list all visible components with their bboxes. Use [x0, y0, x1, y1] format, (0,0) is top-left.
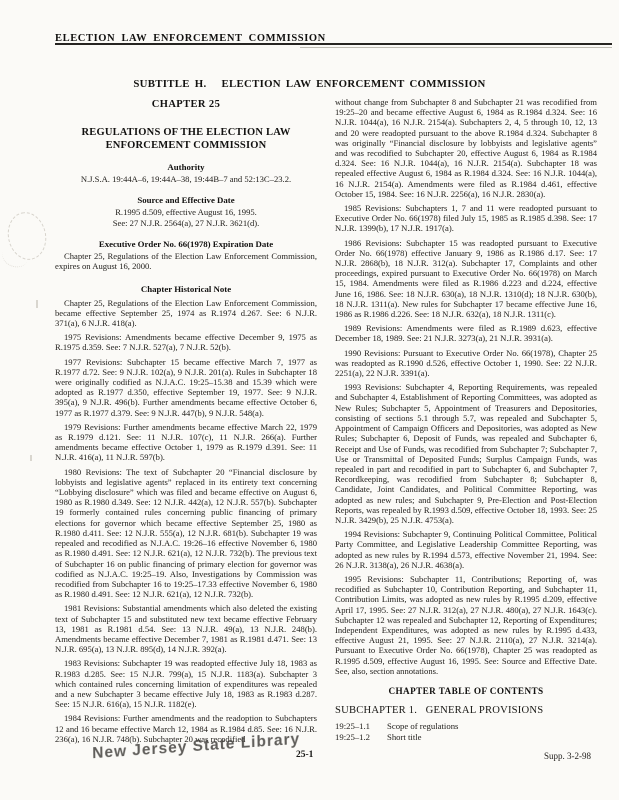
- document-page: ELECTION LAW ENFORCEMENT COMMISSION SUBT…: [0, 0, 619, 800]
- page-number: 25-1: [296, 750, 313, 760]
- toc-entry-number: 19:25–1.2: [335, 732, 387, 743]
- toc-entry: 19:25–1.1 Scope of regulations: [335, 721, 597, 732]
- source-effective-date-heading: Source and Effective Date: [55, 195, 317, 205]
- revision-paragraph-1983: 1983 Revisions: Subchapter 19 was readop…: [55, 658, 317, 709]
- revision-paragraph-1994: 1994 Revisions: Subchapter 9, Continuing…: [335, 529, 597, 570]
- revision-paragraph-1977: 1977 Revisions: Subchapter 15 became eff…: [55, 357, 317, 418]
- supplement-label: Supp. 3-2-98: [544, 751, 591, 761]
- chapter-toc-heading: CHAPTER TABLE OF CONTENTS: [335, 686, 597, 696]
- toc-entry: 19:25–1.2 Short title: [335, 732, 597, 743]
- historical-note-heading: Chapter Historical Note: [55, 284, 317, 294]
- subchapter-1-heading: SUBCHAPTER 1. GENERAL PROVISIONS: [335, 705, 597, 716]
- scan-speck: [30, 455, 32, 461]
- executive-order-paragraph: Chapter 25, Regulations of the Election …: [55, 251, 317, 271]
- revision-paragraph-1980: 1980 Revisions: The text of Subchapter 2…: [55, 467, 317, 600]
- chapter-number-heading: CHAPTER 25: [55, 99, 317, 110]
- revision-paragraph-1985: 1985 Revisions: Subchapters 1, 7 and 11 …: [335, 203, 597, 234]
- header-rule-ghost: [300, 47, 612, 48]
- subtitle-heading: SUBTITLE H. ELECTION LAW ENFORCEMENT COM…: [0, 78, 619, 90]
- authority-heading: Authority: [55, 162, 317, 172]
- historical-note-paragraph: Chapter 25, Regulations of the Election …: [55, 298, 317, 329]
- revision-paragraph-1986: 1986 Revisions: Subchapter 15 was readop…: [335, 238, 597, 320]
- executive-order-heading: Executive Order No. 66(1978) Expiration …: [55, 239, 317, 249]
- right-column: without change from Subchapter 8 and Sub…: [335, 97, 597, 748]
- spacer: [55, 228, 317, 239]
- revision-paragraph-1984-continued: without change from Subchapter 8 and Sub…: [335, 97, 597, 199]
- revision-paragraph-1993: 1993 Revisions: Subchapter 4, Reporting …: [335, 382, 597, 525]
- scan-speck: [36, 300, 38, 308]
- revision-paragraph-1989: 1989 Revisions: Amendments were filed as…: [335, 323, 597, 343]
- spacer: [55, 276, 317, 284]
- header-rule: [55, 43, 612, 45]
- toc-entry-title: Scope of regulations: [387, 721, 597, 732]
- revision-paragraph-1979: 1979 Revisions: Further amendments becam…: [55, 422, 317, 463]
- spacer: [55, 184, 317, 195]
- left-column: CHAPTER 25 REGULATIONS OF THE ELECTION L…: [55, 97, 317, 748]
- revision-paragraph-1990: 1990 Revisions: Pursuant to Executive Or…: [335, 348, 597, 379]
- authority-citation: N.J.S.A. 19:44A–6, 19:44A–38, 19:44B–7 a…: [55, 174, 317, 184]
- toc-entry-number: 19:25–1.1: [335, 721, 387, 732]
- chapter-title-heading: REGULATIONS OF THE ELECTION LAW ENFORCEM…: [63, 126, 309, 152]
- source-line: R.1995 d.509, effective August 16, 1995.: [55, 207, 317, 217]
- source-see-line: See: 27 N.J.R. 2564(a), 27 N.J.R. 3621(d…: [55, 218, 317, 228]
- two-column-body: CHAPTER 25 REGULATIONS OF THE ELECTION L…: [55, 97, 597, 748]
- revision-paragraph-1975: 1975 Revisions: Amendments became effect…: [55, 332, 317, 352]
- revision-paragraph-1981: 1981 Revisions: Substantial amendments w…: [55, 603, 317, 654]
- toc-entry-title: Short title: [387, 732, 597, 743]
- revision-paragraph-1995: 1995 Revisions: Subchapter 11, Contribut…: [335, 574, 597, 676]
